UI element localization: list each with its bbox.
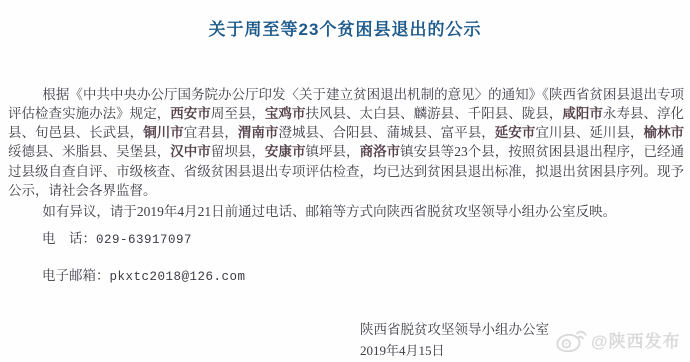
city-name-bold: 商洛市 bbox=[360, 144, 401, 159]
weibo-icon bbox=[556, 326, 588, 353]
objection-instructions-paragraph: 如有异议，请于2019年4月21日前通过电话、邮箱等方式向陕西省脱贫攻坚领导小组… bbox=[8, 202, 684, 221]
email-line: 电子邮箱：pkxtc2018@126.com bbox=[42, 264, 246, 284]
email-label: 电子邮箱： bbox=[42, 268, 110, 283]
phone-label: 电 话： bbox=[42, 231, 96, 246]
paragraph-text: 绥德县、米脂县、吴堡县， bbox=[8, 144, 170, 159]
paragraph-text: 留坝县， bbox=[211, 144, 265, 159]
public-notice-document: 关于周至等23个贫困县退出的公示 根据《中共中央办公厅国务院办公厅印发〈关于建立… bbox=[0, 0, 690, 362]
email-address: pkxtc2018@126.com bbox=[110, 270, 246, 284]
city-name-bold: 铜川市 bbox=[143, 125, 184, 140]
city-name-bold: 延安市 bbox=[495, 125, 536, 140]
city-name-bold: 西安市 bbox=[170, 106, 211, 121]
paragraph-text: 周至县， bbox=[211, 106, 265, 121]
paragraph-text: 澄城县、合阳县、蒲城县、富平县， bbox=[278, 125, 494, 140]
paragraph-text: 镇坪县， bbox=[305, 144, 359, 159]
paragraph-text: 宜川县、延川县， bbox=[535, 125, 643, 140]
paragraph-text: 扶风县、太白县、麟游县、千阳县、陇县， bbox=[305, 106, 562, 121]
city-name-bold: 汉中市 bbox=[170, 144, 211, 159]
city-name-bold: 榆林市 bbox=[644, 125, 685, 140]
city-name-bold: 渭南市 bbox=[238, 125, 279, 140]
city-name-bold: 咸阳市 bbox=[562, 106, 603, 121]
notice-body-paragraph: 根据《中共中央办公厅国务院办公厅印发〈关于建立贫困退出机制的意见〉的通知》《陕西… bbox=[8, 85, 684, 201]
paragraph-text: 宜君县， bbox=[184, 125, 238, 140]
notice-title: 关于周至等23个贫困县退出的公示 bbox=[0, 15, 690, 40]
issuing-office: 陕西省脱贫攻坚领导小组办公室 bbox=[360, 319, 549, 340]
phone-number: 029-63917097 bbox=[96, 233, 192, 247]
city-name-bold: 安康市 bbox=[265, 144, 306, 159]
weibo-handle: @陕西发布 bbox=[591, 327, 681, 352]
city-name-bold: 宝鸡市 bbox=[265, 106, 306, 121]
phone-line: 电 话：029-63917097 bbox=[42, 227, 192, 247]
issue-date: 2019年4月15日 bbox=[360, 340, 549, 361]
signature-block: 陕西省脱贫攻坚领导小组办公室 2019年4月15日 bbox=[360, 319, 549, 361]
weibo-watermark: @陕西发布 bbox=[556, 326, 681, 353]
